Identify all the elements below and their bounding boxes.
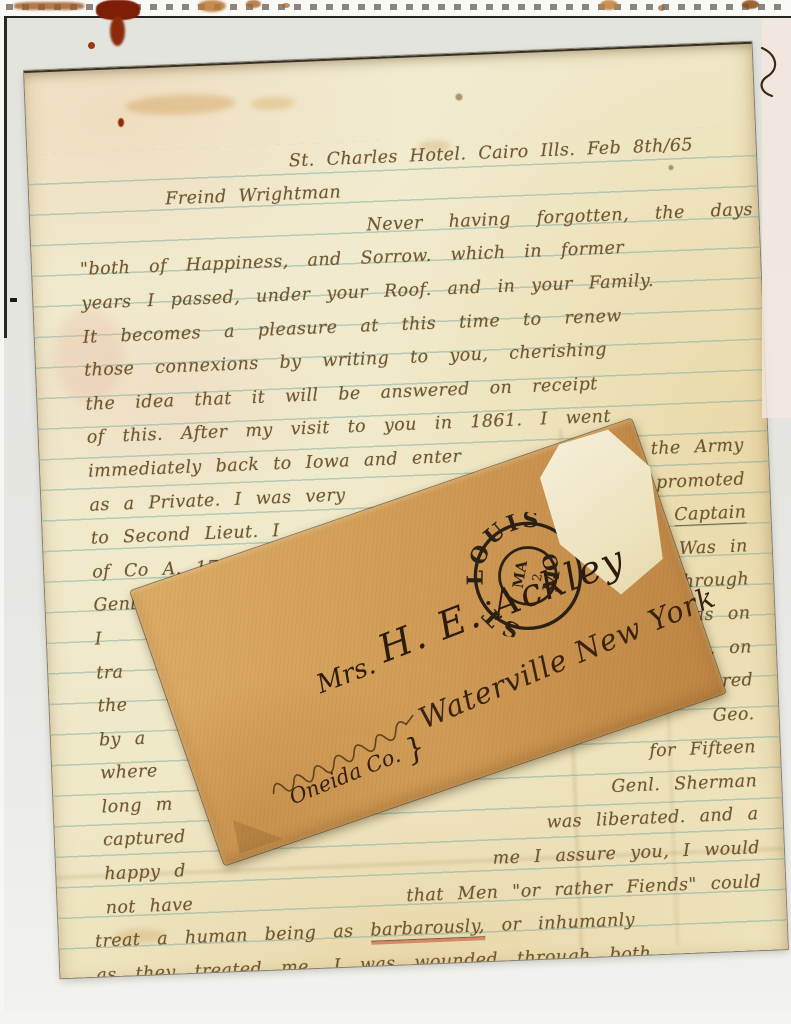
rust-spot — [282, 3, 290, 8]
letter-line-text: the — [97, 695, 128, 716]
letter-line-text: for Fifteen — [649, 737, 756, 761]
letter-line-text: by a — [99, 728, 146, 750]
rust-spot — [742, 0, 759, 9]
scanner-bottom-strip — [0, 1012, 791, 1024]
envelope-corner-fold — [229, 807, 284, 854]
letter-line-text: captured — [103, 828, 187, 851]
letter-line-text: I — [95, 629, 103, 649]
dark-fleck — [10, 298, 17, 302]
rust-spot — [246, 0, 261, 8]
rust-smear — [14, 2, 84, 10]
ink-hook-mark — [754, 46, 788, 100]
letter-line-text: long m — [101, 794, 173, 817]
letter-line-text: happy d — [104, 861, 186, 884]
rust-spot — [88, 42, 95, 49]
scanned-letter-page: St. Charles Hotel. Cairo Ills. Feb 8th/6… — [0, 0, 791, 1024]
rust-stain-drip — [110, 16, 125, 46]
letter-line-text: Genl. Sherman — [611, 771, 757, 797]
letter-line-text: Was in — [679, 536, 748, 559]
letter-line-text: Geo. — [712, 704, 755, 726]
letter-line-text: where — [100, 761, 158, 783]
letter-line-text: Freind Wrightman — [165, 183, 342, 210]
foxing-stain — [125, 93, 236, 117]
letter-line-text: not have — [105, 895, 193, 918]
rust-spot — [198, 0, 226, 12]
album-left-edge — [4, 16, 7, 338]
letter-line-text: the Army — [650, 435, 744, 459]
letter-line-text: promoted — [656, 469, 746, 493]
rust-spot — [118, 118, 124, 127]
address-prefix: Mrs. — [312, 650, 379, 700]
ink-speck — [455, 93, 462, 100]
rust-spot — [658, 5, 665, 11]
letter-line-text: tra — [96, 662, 124, 683]
flourish-squiggle — [261, 688, 469, 800]
foxing-stain — [250, 96, 294, 111]
rust-spot — [600, 0, 618, 10]
